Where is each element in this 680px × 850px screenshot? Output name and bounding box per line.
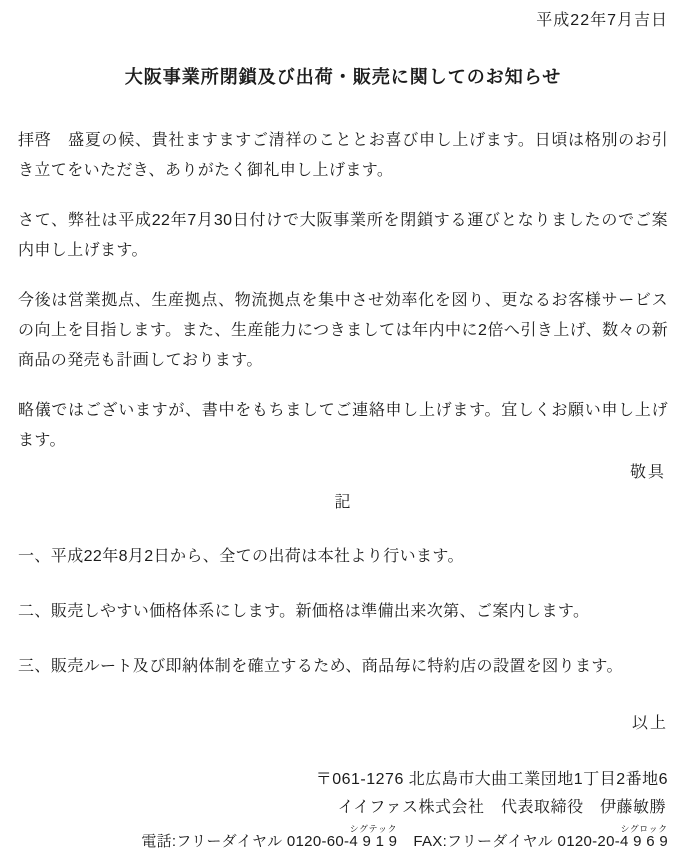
record-marker-ki: 記 [18,488,668,518]
fax-last-digits: 4 9 6 9 [620,833,668,850]
telephone-last-digits-with-ruby: 4 9 1 9シグテック [349,833,397,850]
paragraph-consolidation-plan: 今後は営業拠点、生産拠点、物流拠点を集中させ効率化を図り、更なるお客様サービスの… [18,286,668,376]
telephone-prefix: 電話:フリーダイヤル 0120-60- [141,833,349,850]
list-item-shipping: 一、平成22年8月2日から、全ての出荷は本社より行います。 [18,542,668,572]
contact-line: 電話:フリーダイヤル 0120-60-4 9 1 9シグテックFAX:フリーダイ… [18,824,668,850]
fax-prefix: FAX:フリーダイヤル 0120-20- [413,833,620,850]
telephone-last-digits: 4 9 1 9 [349,833,397,850]
paragraph-closing-remark: 略儀ではございますが、書中をもちましてご連絡申し上げます。宜しくお願い申し上げま… [18,396,668,456]
list-item-pricing: 二、販売しやすい価格体系にします。新価格は準備出来次第、ご案内します。 [18,597,668,627]
end-marker-ijou: 以上 [18,709,668,739]
company-signature: イイファス株式会社 代表取締役 伊藤敏勝 [18,794,668,822]
list-item-distribution: 三、販売ルート及び即納体制を確立するため、商品毎に特約店の設置を図ります。 [18,652,668,682]
paragraph-greeting: 拝啓 盛夏の候、貴社ますますご清祥のこととお喜び申し上げます。日頃は格別のお引き… [18,126,668,186]
fax-last-digits-with-ruby: 4 9 6 9シグロック [620,833,668,850]
closing-keigu: 敬具 [18,458,668,488]
fax-number: FAX:フリーダイヤル 0120-20-4 9 6 9シグロック [413,833,668,850]
telephone-number: 電話:フリーダイヤル 0120-60-4 9 1 9シグテック [141,833,397,850]
company-address: 〒061-1276 北広島市大曲工業団地1丁目2番地6 [18,766,668,794]
footer-block: 〒061-1276 北広島市大曲工業団地1丁目2番地6 イイファス株式会社 代表… [18,766,668,850]
telephone-ruby-annotation: シグテック [349,824,397,834]
date-line: 平成22年7月吉日 [18,10,668,32]
document-page: 平成22年7月吉日 大阪事業所閉鎖及び出荷・販売に関してのお知らせ 拝啓 盛夏の… [0,0,680,850]
paragraph-closure-notice: さて、弊社は平成22年7月30日付けで大阪事業所を閉鎖する運びとなりましたのでご… [18,206,668,266]
document-title: 大阪事業所閉鎖及び出荷・販売に関してのお知らせ [18,64,668,90]
fax-ruby-annotation: シグロック [620,824,668,834]
